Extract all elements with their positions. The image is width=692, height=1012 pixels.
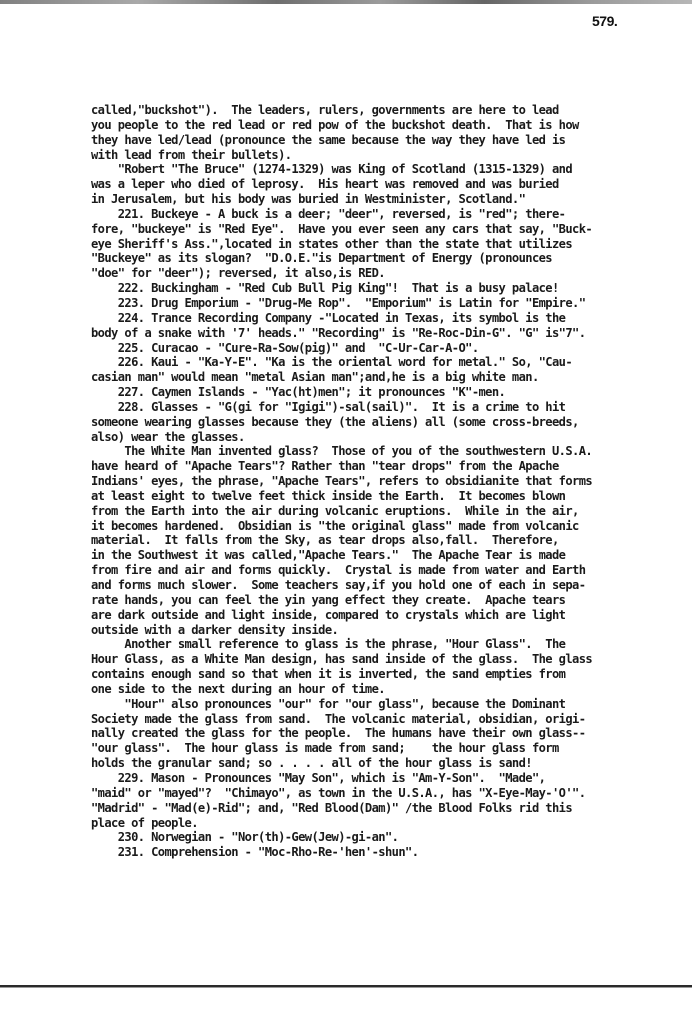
text-line: called,"buckshot"). The leaders, rulers,… [91, 103, 671, 118]
text-line: 228. Glasses - "G(gi for "Igigi")-sal(sa… [91, 400, 671, 415]
text-line: contains enough sand so that when it is … [91, 667, 671, 682]
text-line: 221. Buckeye - A buck is a deer; "deer",… [91, 207, 671, 222]
text-line: eye Sheriff's Ass.",located in states ot… [91, 237, 671, 252]
text-line: from fire and air and forms quickly. Cry… [91, 563, 671, 578]
text-line: in the Southwest it was called,"Apache T… [91, 548, 671, 563]
text-line: in Jerusalem, but his body was buried in… [91, 192, 671, 207]
text-line: 231. Comprehension - "Moc-Rho-Re-'hen'-s… [91, 845, 671, 860]
text-line: "our glass". The hour glass is made from… [91, 741, 671, 756]
text-line: nally created the glass for the people. … [91, 726, 671, 741]
text-line: Another small reference to glass is the … [91, 637, 671, 652]
text-line: and forms much slower. Some teachers say… [91, 578, 671, 593]
text-line: Hour Glass, as a White Man design, has s… [91, 652, 671, 667]
text-line: casian man" would mean "metal Asian man"… [91, 370, 671, 385]
text-line: "maid" or "mayed"? "Chimayo", as town in… [91, 786, 671, 801]
text-line: 227. Caymen Islands - "Yac(ht)men"; it p… [91, 385, 671, 400]
document-body: called,"buckshot"). The leaders, rulers,… [91, 103, 671, 860]
text-line: fore, "buckeye" is "Red Eye". Have you e… [91, 222, 671, 237]
text-line: holds the granular sand; so . . . . all … [91, 756, 671, 771]
text-line: 224. Trance Recording Company -"Located … [91, 311, 671, 326]
text-line: 229. Mason - Pronounces "May Son", which… [91, 771, 671, 786]
text-line: 223. Drug Emporium - "Drug-Me Rop". "Emp… [91, 296, 671, 311]
text-line: with lead from their bullets). [91, 148, 671, 163]
text-line: 226. Kaui - "Ka-Y-E". "Ka is the orienta… [91, 355, 671, 370]
text-line: "Hour" also pronounces "our" for "our gl… [91, 697, 671, 712]
text-line: outside with a darker density inside. [91, 623, 671, 638]
text-line: place of people. [91, 816, 671, 831]
text-line: 230. Norwegian - "Nor(th)-Gew(Jew)-gi-an… [91, 830, 671, 845]
text-line: 222. Buckingham - "Red Cub Bull Pig King… [91, 281, 671, 296]
text-line: body of a snake with '7' heads." "Record… [91, 326, 671, 341]
text-line: from the Earth into the air during volca… [91, 504, 671, 519]
text-line: also) wear the glasses. [91, 430, 671, 445]
text-line: was a leper who died of leprosy. His hea… [91, 177, 671, 192]
text-line: "doe" for "deer"); reversed, it also,is … [91, 266, 671, 281]
text-line: have heard of "Apache Tears"? Rather tha… [91, 459, 671, 474]
text-line: rate hands, you can feel the yin yang ef… [91, 593, 671, 608]
text-line: "Madrid" - "Mad(e)-Rid"; and, "Red Blood… [91, 801, 671, 816]
text-line: "Buckeye" as its slogan? "D.O.E."is Depa… [91, 251, 671, 266]
text-line: material. It falls from the Sky, as tear… [91, 533, 671, 548]
bottom-rule-shadow [0, 987, 692, 988]
text-line: one side to the next during an hour of t… [91, 682, 671, 697]
text-line: 225. Curacao - "Cure-Ra-Sow(pig)" and "C… [91, 341, 671, 356]
text-line: they have led/lead (pronounce the same b… [91, 133, 671, 148]
text-line: Society made the glass from sand. The vo… [91, 712, 671, 727]
text-line: "Robert "The Bruce" (1274-1329) was King… [91, 162, 671, 177]
text-line: are dark outside and light inside, compa… [91, 608, 671, 623]
text-line: someone wearing glasses because they (th… [91, 415, 671, 430]
scan-top-edge [0, 0, 692, 4]
text-line: you people to the red lead or red pow of… [91, 118, 671, 133]
text-line: Indians' eyes, the phrase, "Apache Tears… [91, 474, 671, 489]
page-number: 579. [592, 13, 617, 29]
text-line: The White Man invented glass? Those of y… [91, 444, 671, 459]
text-line: at least eight to twelve feet thick insi… [91, 489, 671, 504]
text-line: it becomes hardened. Obsidian is "the or… [91, 519, 671, 534]
